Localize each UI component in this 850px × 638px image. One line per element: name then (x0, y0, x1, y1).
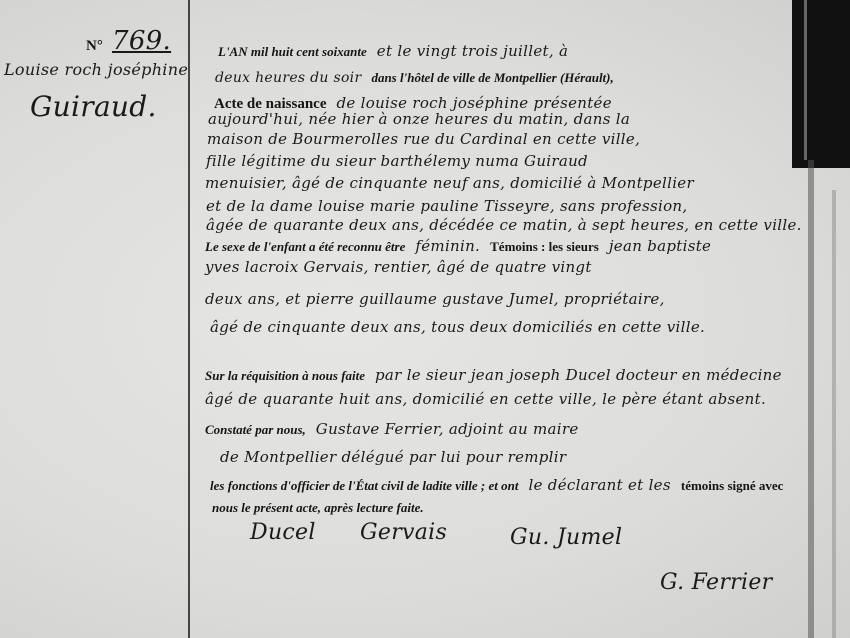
handwritten-text: de Montpellier délégué par lui pour remp… (220, 448, 566, 466)
handwritten-text: Gustave Ferrier, adjoint au maire (316, 420, 579, 438)
handwritten-text: deux ans, et pierre guillaume gustave Ju… (205, 290, 665, 308)
page-fold (832, 190, 836, 638)
record-number: 769. (112, 26, 171, 56)
record-line: maison de Bourmerolles rue du Cardinal e… (207, 130, 650, 148)
handwritten-text: âgé de quarante huit ans, domicilié en c… (205, 390, 766, 408)
margin-given-names: Louise roch joséphine (4, 60, 188, 79)
record-line: nous le présent acte, après lecture fait… (212, 500, 434, 516)
printed-text: les fonctions d'officier de l'État civil… (210, 478, 518, 493)
record-line: menuisier, âgé de cinquante neuf ans, do… (205, 174, 704, 192)
printed-text: L'AN mil huit cent soixante (218, 44, 367, 59)
record-line: aujourd'hui, née hier à onze heures du m… (208, 110, 640, 128)
handwritten-text: jean baptiste (609, 237, 711, 255)
printed-text: Le sexe de l'enfant a été reconnu être (205, 239, 405, 254)
printed-text: Témoins : les sieurs (490, 239, 599, 254)
record-line: de Montpellier délégué par lui pour remp… (220, 448, 576, 466)
record-line: Constaté par nous,Gustave Ferrier, adjoi… (205, 420, 589, 438)
record-line: yves lacroix Gervais, rentier, âgé de qu… (205, 258, 602, 276)
record-line: et de la dame louise marie pauline Tisse… (206, 197, 697, 215)
record-line: deux heures du soirdans l'hôtel de ville… (215, 70, 624, 86)
record-line: âgé de quarante huit ans, domicilié en c… (205, 390, 776, 408)
signature: Ducel (250, 520, 316, 545)
handwritten-text: deux heures du soir (215, 70, 361, 86)
handwritten-text: fille légitime du sieur barthélemy numa … (206, 152, 588, 170)
record-line: âgé de cinquante deux ans, tous deux dom… (210, 318, 715, 336)
printed-text: Sur la réquisition à nous faite (205, 368, 365, 383)
record-line: âgée de quarante deux ans, décédée ce ma… (206, 216, 812, 234)
printed-text: dans l'hôtel de ville de Montpellier (Hé… (371, 70, 613, 85)
handwritten-text: féminin. (415, 237, 480, 255)
margin-rule (188, 0, 190, 638)
scanned-document-page: N° 769. Louise roch joséphine Guiraud. L… (0, 0, 850, 638)
binding-edge (792, 0, 850, 168)
record-line: Sur la réquisition à nous faitepar le si… (205, 366, 792, 384)
printed-text: témoins signé avec (681, 478, 784, 493)
signature: Gu. Jumel (510, 525, 622, 550)
handwritten-text: âgée de quarante deux ans, décédée ce ma… (206, 216, 802, 234)
record-line: fille légitime du sieur barthélemy numa … (206, 152, 598, 170)
handwritten-text: âgé de cinquante deux ans, tous deux dom… (210, 318, 705, 336)
printed-text: Constaté par nous, (205, 422, 306, 437)
record-number-label: N° (86, 38, 103, 55)
handwritten-text: le déclarant et les (528, 476, 670, 494)
signature: Gervais (360, 520, 447, 545)
record-line: les fonctions d'officier de l'État civil… (210, 476, 793, 494)
handwritten-text: par le sieur jean joseph Ducel docteur e… (375, 366, 782, 384)
record-line: Le sexe de l'enfant a été reconnu êtrefé… (205, 237, 721, 255)
handwritten-text: maison de Bourmerolles rue du Cardinal e… (207, 130, 640, 148)
handwritten-text: et le vingt trois juillet, à (377, 42, 568, 60)
record-line: L'AN mil huit cent soixanteet le vingt t… (218, 42, 578, 60)
handwritten-text: menuisier, âgé de cinquante neuf ans, do… (205, 174, 694, 192)
record-line: deux ans, et pierre guillaume gustave Ju… (205, 290, 675, 308)
margin-surname: Guiraud. (30, 90, 157, 123)
signature: G. Ferrier (660, 570, 772, 595)
handwritten-text: aujourd'hui, née hier à onze heures du m… (208, 110, 630, 128)
printed-text: nous le présent acte, après lecture fait… (212, 500, 424, 515)
handwritten-text: yves lacroix Gervais, rentier, âgé de qu… (205, 258, 592, 276)
handwritten-text: et de la dame louise marie pauline Tisse… (206, 197, 687, 215)
